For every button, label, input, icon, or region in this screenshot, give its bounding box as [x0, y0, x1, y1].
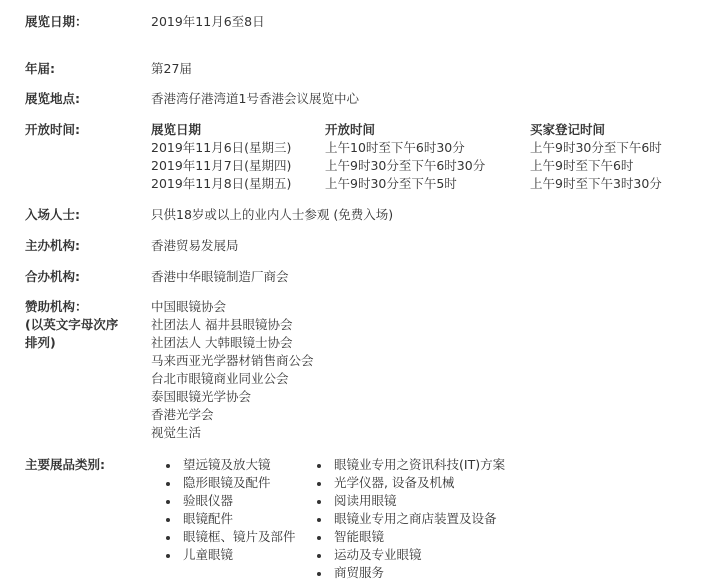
date-value: 2019年11月6至8日	[151, 13, 265, 31]
bullet-icon	[317, 536, 321, 540]
category-item: 运动及专业眼镜	[317, 546, 505, 564]
supporter-item: 泰国眼镜光学协会	[151, 388, 314, 406]
admission-value: 只供18岁或以上的业内人士参观 (免费入场)	[151, 206, 393, 224]
date-label: 展览日期：	[25, 13, 88, 31]
category-item: 儿童眼镜	[166, 546, 296, 564]
organiser-value: 香港贸易发展局	[151, 237, 239, 255]
categories-list-right: 眼镜业专用之资讯科技(IT)方案 光学仪器, 设备及机械 阅读用眼镜 眼镜业专用…	[317, 456, 505, 582]
col-header: 展览日期	[151, 121, 291, 139]
col-cell: 2019年11月7日(星期四)	[151, 157, 291, 175]
organiser-label: 主办机构:	[25, 237, 80, 255]
bullet-icon	[166, 518, 170, 522]
category-item: 验眼仪器	[166, 492, 296, 510]
supporter-item: 社团法人 大韩眼镜士协会	[151, 334, 314, 352]
opening-col-registration: 买家登记时间 上午9时30分至下午6时 上午9时至下午6时 上午9时至下午3时3…	[530, 121, 662, 193]
co-organiser-value: 香港中华眼镜制造厂商会	[151, 268, 289, 286]
categories-list-left: 望远镜及放大镜 隐形眼镜及配件 验眼仪器 眼镜配件 眼镜框、镜片及部件 儿童眼镜	[166, 456, 296, 564]
category-item: 眼镜配件	[166, 510, 296, 528]
category-item: 阅读用眼镜	[317, 492, 505, 510]
supporter-item: 香港光学会	[151, 406, 314, 424]
category-item: 眼镜框、镜片及部件	[166, 528, 296, 546]
venue-value: 香港湾仔港湾道1号香港会议展览中心	[151, 90, 359, 108]
supporter-item: 视觉生活	[151, 424, 314, 442]
col-cell: 上午9时30分至下午5时	[325, 175, 485, 193]
bullet-icon	[317, 464, 321, 468]
bullet-icon	[166, 536, 170, 540]
category-item: 眼镜业专用之资讯科技(IT)方案	[317, 456, 505, 474]
supporters-label: 赞助机构： (以英文字母次序 排列)	[25, 298, 118, 352]
col-cell: 2019年11月8日(星期五)	[151, 175, 291, 193]
col-cell: 上午9时至下午3时30分	[530, 175, 662, 193]
supporter-item: 社团法人 福井县眼镜协会	[151, 316, 314, 334]
bullet-icon	[317, 500, 321, 504]
category-item: 望远镜及放大镜	[166, 456, 296, 474]
col-header: 开放时间	[325, 121, 485, 139]
bullet-icon	[166, 500, 170, 504]
category-item: 隐形眼镜及配件	[166, 474, 296, 492]
opening-col-date: 展览日期 2019年11月6日(星期三) 2019年11月7日(星期四) 201…	[151, 121, 291, 193]
supporter-item: 中国眼镜协会	[151, 298, 314, 316]
category-item: 智能眼镜	[317, 528, 505, 546]
supporters-list: 中国眼镜协会 社团法人 福井县眼镜协会 社团法人 大韩眼镜士协会 马来西亚光学器…	[151, 298, 314, 442]
category-item: 光学仪器, 设备及机械	[317, 474, 505, 492]
col-cell: 上午10时至下午6时30分	[325, 139, 485, 157]
bullet-icon	[317, 554, 321, 558]
category-item: 眼镜业专用之商店装置及设备	[317, 510, 505, 528]
venue-label: 展览地点:	[25, 90, 80, 108]
bullet-icon	[166, 554, 170, 558]
bullet-icon	[166, 482, 170, 486]
col-header: 买家登记时间	[530, 121, 662, 139]
col-cell: 上午9时至下午6时	[530, 157, 662, 175]
opening-col-hours: 开放时间 上午10时至下午6时30分 上午9时30分至下午6时30分 上午9时3…	[325, 121, 485, 193]
bullet-icon	[317, 482, 321, 486]
supporter-item: 台北市眼镜商业同业公会	[151, 370, 314, 388]
col-cell: 上午9时30分至下午6时	[530, 139, 662, 157]
bullet-icon	[317, 572, 321, 576]
bullet-icon	[317, 518, 321, 522]
supporter-item: 马来西亚光学器材销售商公会	[151, 352, 314, 370]
edition-value: 第27届	[151, 60, 192, 78]
admission-label: 入场人士:	[25, 206, 80, 224]
category-item: 商贸服务	[317, 564, 505, 582]
edition-label: 年届:	[25, 60, 55, 78]
categories-label: 主要展品类别:	[25, 456, 105, 474]
co-organiser-label: 合办机构:	[25, 268, 80, 286]
col-cell: 2019年11月6日(星期三)	[151, 139, 291, 157]
bullet-icon	[166, 464, 170, 468]
col-cell: 上午9时30分至下午6时30分	[325, 157, 485, 175]
opening-hours-label: 开放时间:	[25, 121, 80, 139]
